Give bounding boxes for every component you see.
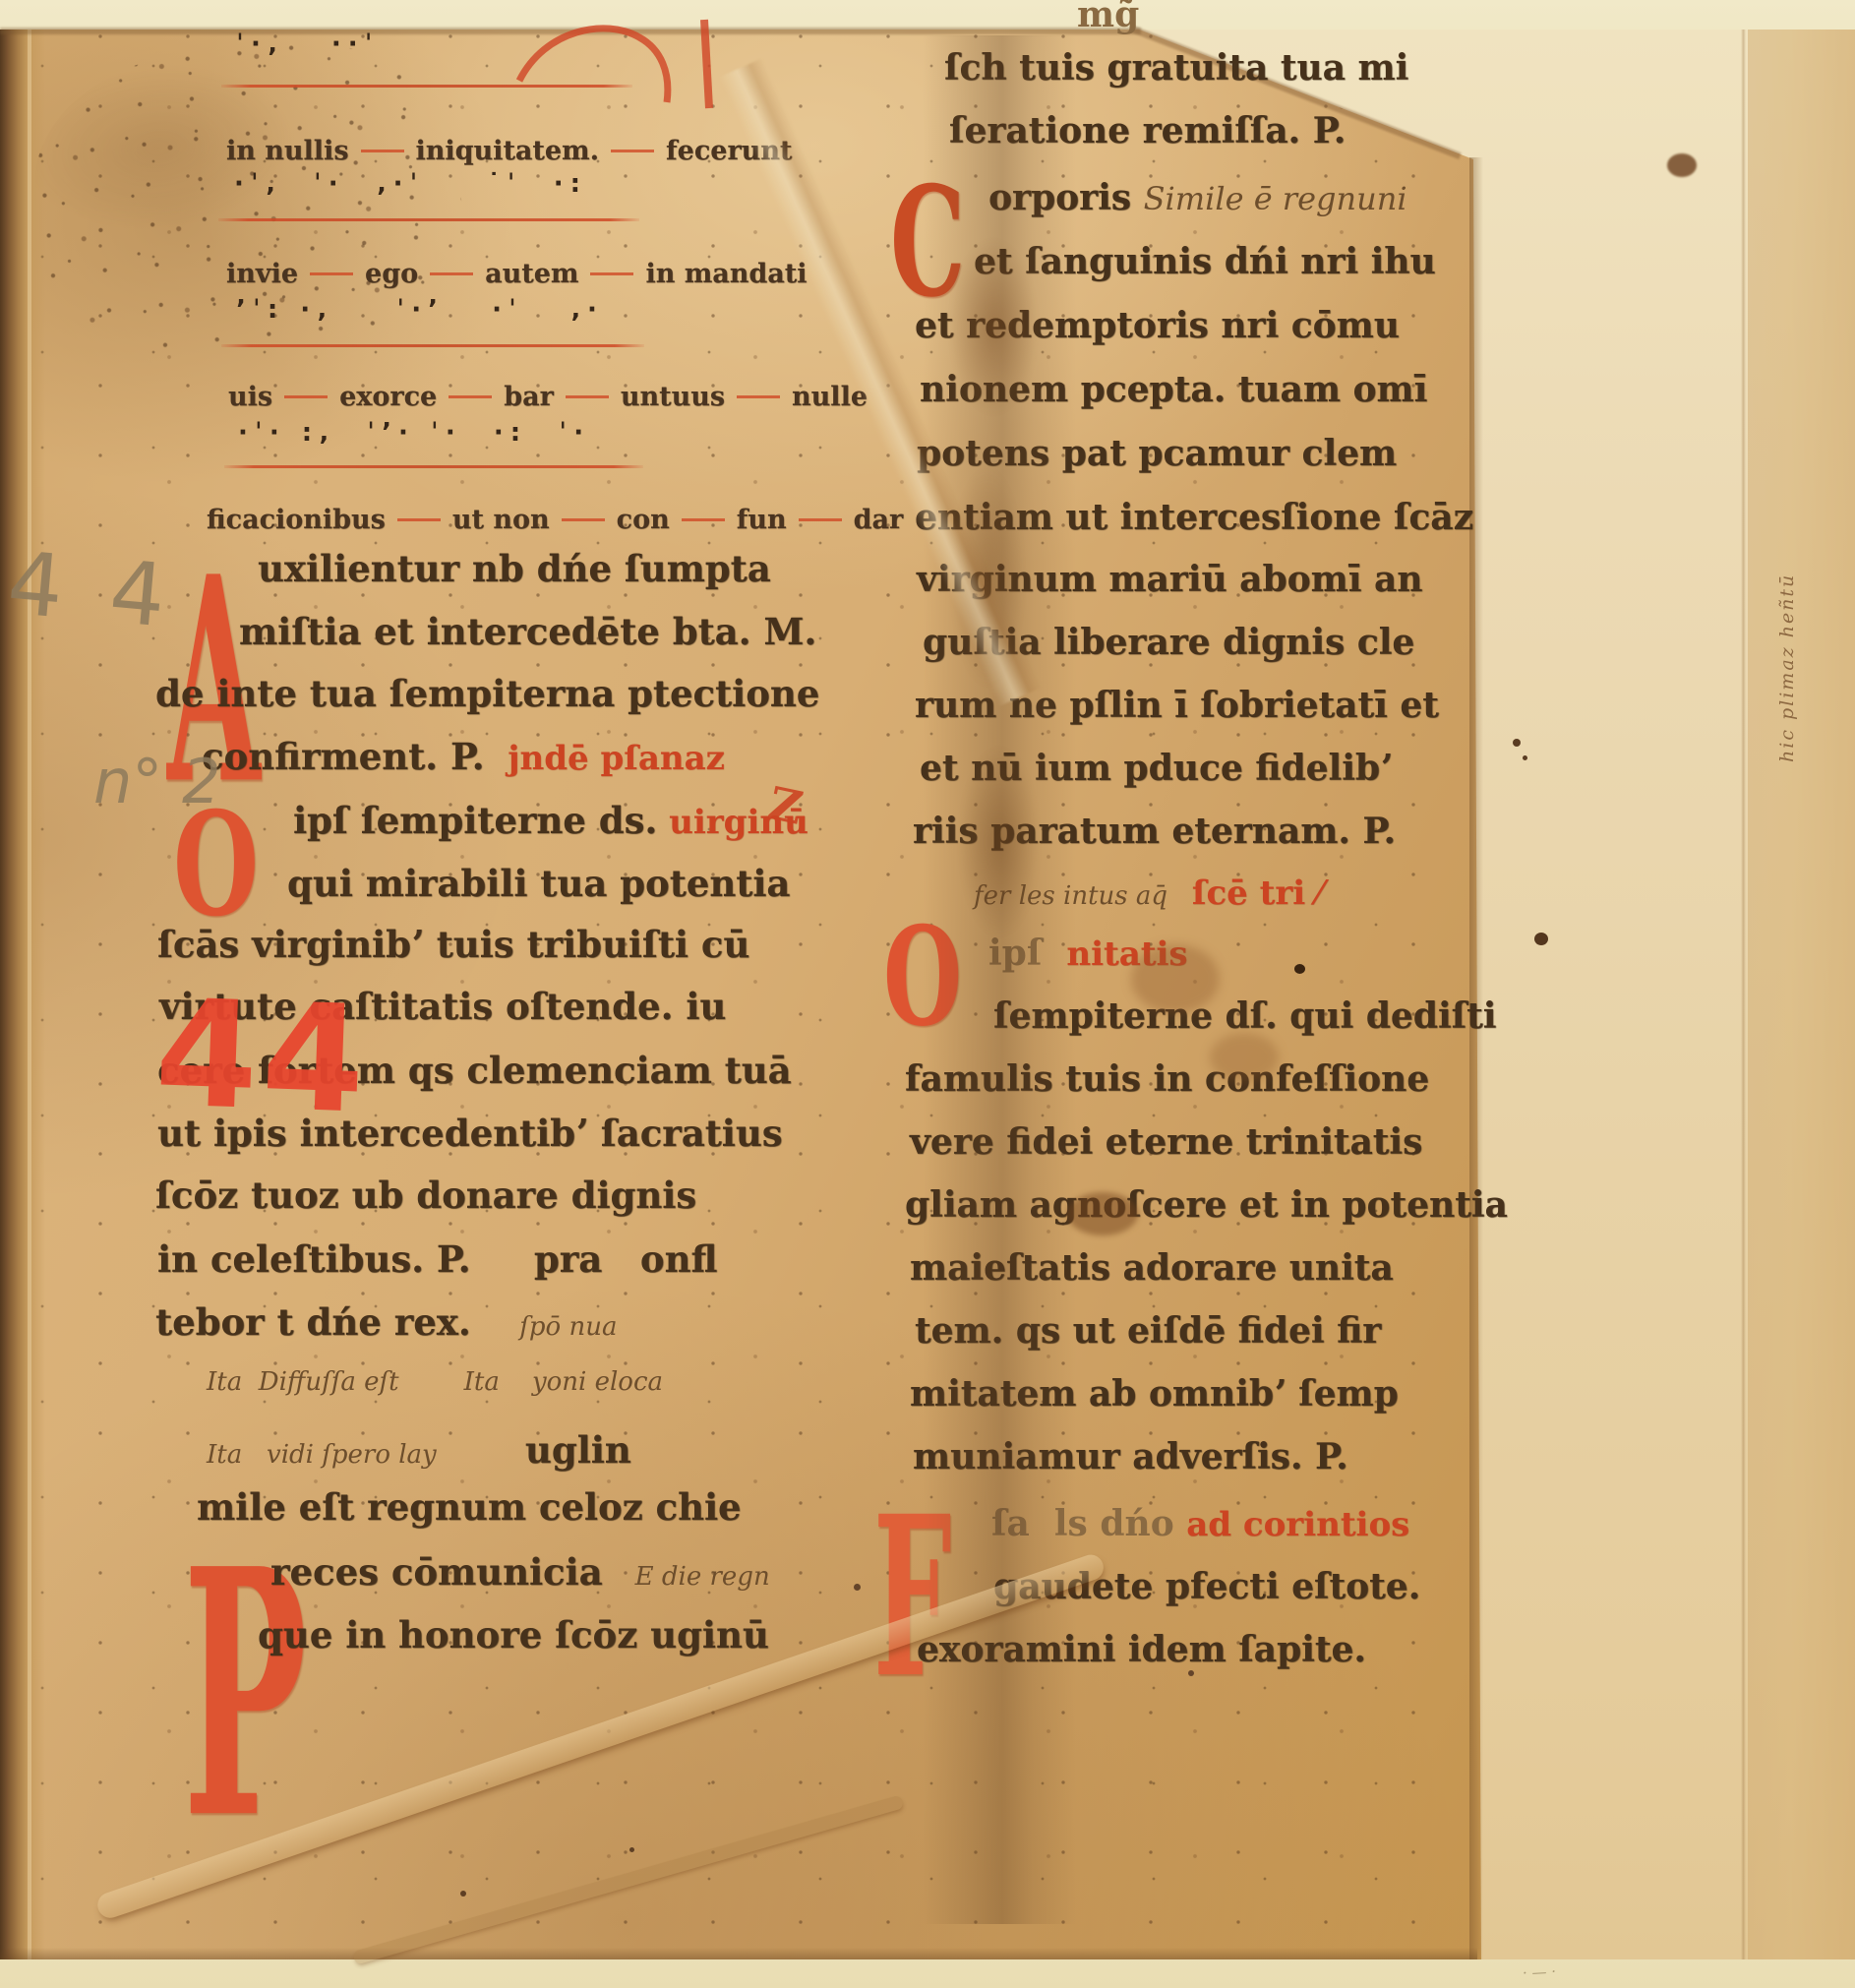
pencil-shelf-number: n° 2 — [93, 746, 220, 817]
chant-word: ego — [298, 259, 418, 289]
text-line: ipſ ſempiterne ds. uirginū — [293, 799, 808, 850]
underlying-leaf-fold — [1741, 30, 1746, 1959]
text-line: tebor t dńe rex. ſpō nua — [155, 1300, 617, 1352]
stain — [1131, 944, 1220, 1013]
text-line: Ita Diffuſſa eſt Ita yoni eloca — [207, 1367, 663, 1418]
chant-word: bar — [437, 382, 554, 412]
chant-word: dar — [787, 505, 904, 535]
chant-text-line: in nullisiniquitatem.fecerunt — [226, 136, 792, 166]
speck — [1188, 1670, 1194, 1676]
neume-row: ·ˈ· :‚ ˈʼ· ˈ· ·: ˈ· — [238, 418, 590, 448]
text-line: que in honore ſcōz uginū — [258, 1613, 769, 1664]
leaf-right-edge — [1469, 157, 1483, 1959]
clipped-top-line: mg̃ — [1077, 0, 1139, 45]
neume-row: ˈ·‚ ··ˈ — [236, 30, 380, 59]
text-line: ſcōz tuoz ub donare dignis — [155, 1174, 696, 1225]
speck — [854, 1584, 861, 1591]
underlying-leaf-shade — [1748, 30, 1855, 1959]
stain — [1210, 1033, 1279, 1082]
text-line: miſtia et intercedēte bta. M. — [239, 610, 816, 661]
text-line: in celeſtibus. P. pra onfl — [157, 1237, 717, 1289]
manuscript-photo: ˈ·‚ ··ˈ ·ˈ‚ ˈ· ‚·ˈ ˙ˈ ·: ʼˈ: ·‚ ˈ·ʼ ·ˈ ‚… — [0, 0, 1855, 1988]
text-line: confirment. P. jndē pſanaz — [202, 735, 725, 786]
text-line: de inte tua ſempiterna ptectione — [155, 672, 819, 723]
backing-scribble: · — · — [1523, 1962, 1557, 1982]
chant-word: fun — [670, 505, 787, 535]
speck — [1534, 933, 1548, 945]
chant-text-line: uisexorcebaruntuusnulle — [228, 382, 868, 412]
left-edge-highlight — [28, 30, 31, 1959]
chant-word: ut non — [386, 505, 550, 535]
text-line: Ita vidi ſpero lay uglin — [207, 1428, 631, 1479]
dark-blot — [1667, 153, 1697, 177]
speck — [1523, 755, 1527, 760]
edge-marginal-note: hic plimaz heñtū — [1776, 438, 1798, 762]
chant-word: exorce — [272, 382, 437, 412]
text-line: qui mirabili tua potentia — [287, 862, 790, 913]
chant-word: nulle — [725, 382, 868, 412]
left-edge-fold — [0, 30, 45, 1959]
chant-word: uis — [228, 382, 272, 412]
staff-line — [221, 344, 644, 347]
text-line: mile eſt regnum celoz chie — [197, 1485, 742, 1536]
leaf-bottom-edge — [0, 1948, 1477, 1959]
red-pen-mark — [511, 12, 748, 120]
speck — [460, 1891, 466, 1897]
red-folio-number: 44 — [152, 968, 372, 1146]
text-line: ſcās virginibʼ tuis tribuiſti cū — [157, 923, 749, 974]
speck — [629, 1847, 634, 1852]
text-line: uxilientur nb dńe ſumpta — [258, 547, 771, 598]
text-line: reces cōmunicia E die regn — [270, 1550, 770, 1601]
ink-stain — [1067, 1192, 1138, 1235]
chant-word: iniquitatem. — [349, 136, 600, 166]
chant-word: invie — [226, 259, 298, 289]
neume-row: ·ˈ‚ ˈ· ‚·ˈ ˙ˈ ·: — [234, 169, 587, 199]
staff-line — [224, 465, 643, 468]
chant-word: autem — [418, 259, 578, 289]
parchment-hole — [1294, 964, 1305, 974]
chant-word: con — [550, 505, 670, 535]
chant-word: in nullis — [226, 136, 349, 166]
speck — [1513, 739, 1521, 747]
staff-line — [218, 218, 639, 221]
chant-word: in mandati — [578, 259, 807, 289]
neume-row: ʼˈ: ·‚ ˈ·ʼ ·ˈ ‚· — [236, 295, 604, 325]
chant-text-line: invieegoautemin mandati — [226, 259, 808, 289]
chant-word: untuus — [554, 382, 725, 412]
chant-text-line: ficacionibusut nonconfundar — [207, 505, 903, 535]
pencil-folio-number: 4 4 — [4, 532, 179, 647]
